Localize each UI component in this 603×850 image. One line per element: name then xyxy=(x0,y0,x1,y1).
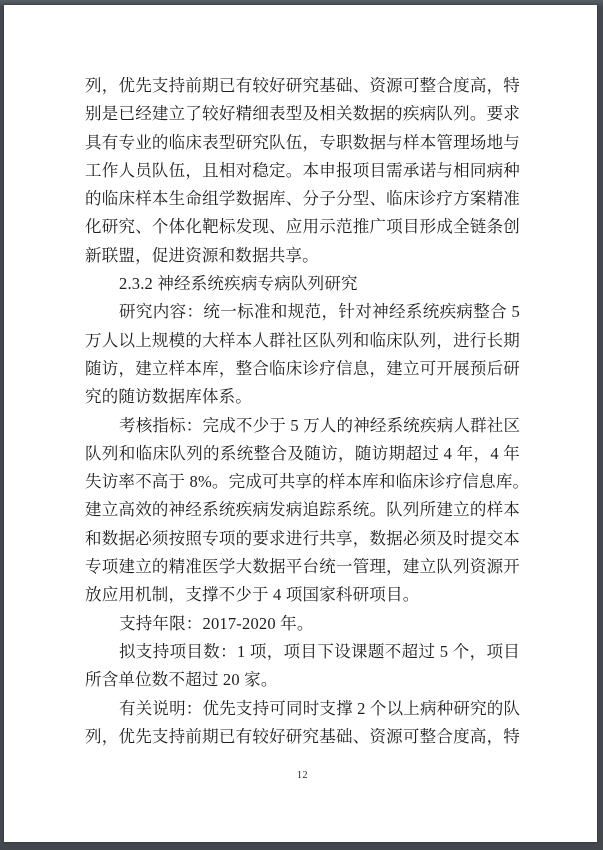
text-line: 支持年限：2017-2020 年。 xyxy=(85,610,520,638)
text-line: 的临床样本生命组学数据库、分子分型、临床诊疗方案精准 xyxy=(85,185,520,213)
text-line: 拟支持项目数：1 项，项目下设课题不超过 5 个，项目 xyxy=(85,638,520,666)
text-line: 研究内容：统一标准和规范，针对神经系统疾病整合 5 xyxy=(85,298,520,326)
text-block: 列，优先支持前期已有较好研究基础、资源可整合度高，特 别是已经建立了较好精细表型… xyxy=(85,72,520,751)
text-line: 列，优先支持前期已有较好研究基础、资源可整合度高，特 xyxy=(85,72,520,100)
text-line: 失访率不高于 8%。完成可共享的样本库和临床诊疗信息库。 xyxy=(85,468,520,496)
section-heading: 2.3.2 神经系统疾病专病队列研究 xyxy=(85,270,520,298)
text-line: 万人以上规模的大样本人群社区队列和临床队列，进行长期 xyxy=(85,327,520,355)
text-line: 化研究、个体化靶标发现、应用示范推广项目形成全链条创 xyxy=(85,213,520,241)
text-line: 专项建立的精准医学大数据平台统一管理，建立队列资源开 xyxy=(85,553,520,581)
document-page: 列，优先支持前期已有较好研究基础、资源可整合度高，特 别是已经建立了较好精细表型… xyxy=(4,5,597,842)
text-line: 列，优先支持前期已有较好研究基础、资源可整合度高，特 xyxy=(85,723,520,751)
text-line: 究的随访数据库体系。 xyxy=(85,383,520,411)
page-number: 12 xyxy=(85,770,520,781)
text-line: 放应用机制，支撑不少于 4 项国家科研项目。 xyxy=(85,581,520,609)
text-line: 队列和临床队列的系统整合及随访，随访期超过 4 年，4 年 xyxy=(85,440,520,468)
text-line: 考核指标：完成不少于 5 万人的神经系统疾病人群社区 xyxy=(85,412,520,440)
text-line: 建立高效的神经系统疾病发病追踪系统。队列所建立的样本 xyxy=(85,496,520,524)
text-line: 有关说明：优先支持可同时支撑 2 个以上病种研究的队 xyxy=(85,695,520,723)
text-line: 所含单位数不超过 20 家。 xyxy=(85,666,520,694)
text-line: 和数据必须按照专项的要求进行共享，数据必须及时提交本 xyxy=(85,525,520,553)
text-line: 工作人员队伍，且相对稳定。本申报项目需承诺与相同病种 xyxy=(85,157,520,185)
text-line: 随访，建立样本库，整合临床诊疗信息，建立可开展预后研 xyxy=(85,355,520,383)
text-line: 具有专业的临床表型研究队伍，专职数据与样本管理场地与 xyxy=(85,129,520,157)
text-line: 别是已经建立了较好精细表型及相关数据的疾病队列。要求 xyxy=(85,100,520,128)
text-line: 新联盟，促进资源和数据共享。 xyxy=(85,242,520,270)
document-viewport: 列，优先支持前期已有较好研究基础、资源可整合度高，特 别是已经建立了较好精细表型… xyxy=(0,0,603,850)
